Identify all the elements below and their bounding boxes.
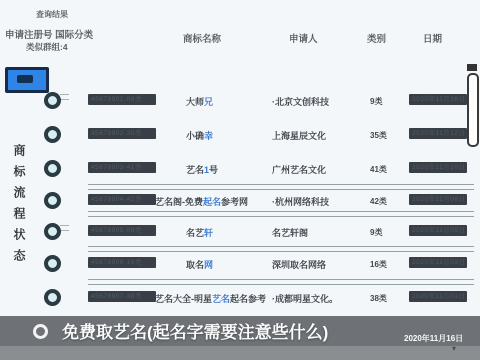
date-value: 2020年11月12日 (409, 128, 467, 139)
class-value: 42类 (370, 196, 387, 207)
registration-number: 45678906·16类 (88, 257, 156, 268)
row-bullet-icon (44, 126, 61, 143)
applicant-name: ·杭州网络科技 (272, 195, 329, 208)
registration-number: 45678907·38类 (88, 291, 156, 302)
applicant-name: ·北京文创科技 (272, 95, 329, 108)
class-value: 16类 (370, 259, 387, 270)
column-header-class: 类别 (367, 31, 386, 45)
date-value: 2020年11月08日 (409, 194, 467, 205)
row-divider (88, 246, 474, 252)
table-row[interactable]: 45678907·38类 艺名大全-明星艺名起名参考 ·成都明星文化。 38类 … (0, 291, 480, 307)
trademark-name: 大师兄 (186, 95, 213, 108)
chevron-down-icon[interactable]: ▾ (452, 344, 456, 353)
trademark-name: 艺名阁-免费起名参考网 (155, 195, 248, 208)
table-row[interactable]: 45678901·09类 大师兄 ·北京文创科技 9类 2020年11月16日 (0, 94, 480, 110)
table-row[interactable]: 45678905·09类 名艺轩 名艺轩阁 9类 2020年11月05日 (0, 225, 480, 241)
caption-bullet-icon (33, 324, 48, 339)
trademark-name: 艺名大全-明星艺名起名参考 (155, 292, 266, 305)
trademark-name: 名艺轩 (186, 226, 213, 239)
registration-number: 45678903·41类 (88, 162, 156, 173)
row-divider (88, 279, 474, 285)
registration-number: 45678905·09类 (88, 225, 156, 236)
toggle-knob-icon (17, 75, 33, 83)
class-value: 9类 (370, 227, 382, 238)
applicant-name: 上海星辰文化 (272, 129, 326, 142)
row-bullet-icon (44, 160, 61, 177)
date-value: 2020年11月01日 (409, 291, 467, 302)
filter-line: 申请注册号 国际分类 (5, 27, 93, 41)
row-bullet-icon (44, 255, 61, 272)
date-value: 2020年11月16日 (409, 94, 467, 105)
column-header-applicant: 申请人 (289, 31, 318, 45)
row-bullet-icon (44, 289, 61, 306)
trademark-query-page: 查询结果 申请注册号 国际分类 类似群组:4 商标名称 申请人 类别 日期 商标… (0, 0, 480, 360)
date-value: 2020年11月05日 (409, 225, 467, 236)
trademark-name: 艺名1号 (186, 163, 218, 176)
applicant-name: 深圳取名网络 (272, 258, 326, 271)
table-row[interactable]: 45678904·42类 艺名阁-免费起名参考网 ·杭州网络科技 42类 202… (0, 194, 480, 210)
table-row[interactable]: 45678906·16类 取名网 深圳取名网络 16类 2020年11月03日 (0, 257, 480, 273)
class-value: 35类 (370, 130, 387, 141)
date-value: 2020年11月10日 (409, 162, 467, 173)
applicant-name: 广州艺名文化 (272, 163, 326, 176)
caption-date: 2020年11月16日 (404, 333, 463, 344)
results-label: 查询结果 (36, 9, 68, 20)
class-value: 41类 (370, 164, 387, 175)
table-row[interactable]: 45678903·41类 艺名1号 广州艺名文化 41类 2020年11月10日 (0, 162, 480, 178)
scrollbar-thumb[interactable] (467, 73, 479, 147)
trademark-name: 取名网 (186, 258, 213, 271)
row-bullet-icon (44, 92, 61, 109)
blue-toggle-button[interactable] (5, 67, 49, 93)
registration-number: 45678901·09类 (88, 94, 156, 105)
trademark-name: 小确幸 (186, 129, 213, 142)
column-header-date: 日期 (423, 31, 442, 45)
registration-number: 45678902·35类 (88, 128, 156, 139)
applicant-name: 名艺轩阁 (272, 226, 308, 239)
row-divider (88, 184, 474, 190)
row-bullet-icon (44, 223, 61, 240)
caption-bar-strip (0, 346, 480, 360)
caption-title: 免费取艺名(起名字需要注意些什么) (62, 318, 328, 343)
table-row[interactable]: 45678902·35类 小确幸 上海星辰文化 35类 2020年11月12日 (0, 128, 480, 144)
filter-group-line: 类似群组:4 (26, 41, 68, 53)
registration-number: 45678904·42类 (88, 194, 156, 205)
date-value: 2020年11月03日 (409, 257, 467, 268)
row-divider (88, 211, 474, 217)
column-header-name: 商标名称 (183, 31, 221, 45)
scrollbar-arrow-icon[interactable] (467, 64, 477, 71)
class-value: 38类 (370, 293, 387, 304)
applicant-name: ·成都明星文化。 (272, 292, 338, 305)
row-bullet-icon (44, 192, 61, 209)
class-value: 9类 (370, 96, 382, 107)
